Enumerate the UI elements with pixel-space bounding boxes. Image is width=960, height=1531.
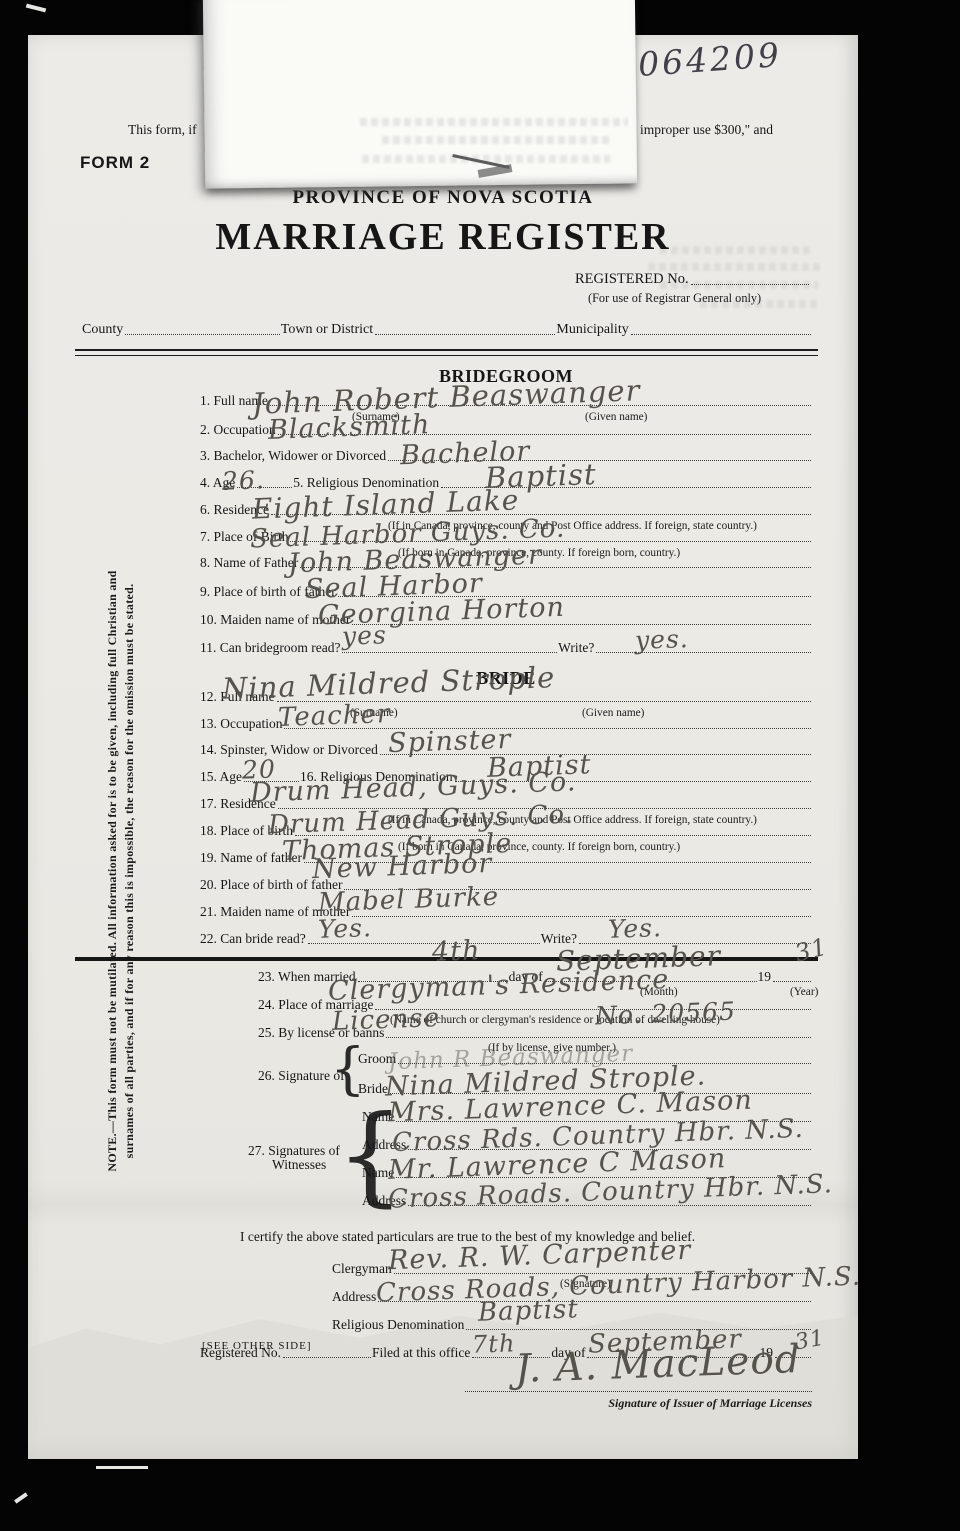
clergyman-label: Clergyman — [332, 1261, 392, 1277]
ghost-print-on-slip — [360, 118, 628, 126]
form-clause-right: improper use $300," and — [640, 122, 810, 138]
scan-speck — [96, 1466, 148, 1469]
dotted-line — [596, 651, 811, 653]
dotted-line — [631, 333, 811, 335]
hw-bride-read: Yes. — [318, 913, 373, 944]
field-bride-mother: 21. Maiden name of mother — [200, 904, 812, 920]
dotted-line — [375, 1008, 811, 1010]
hw-groom-read: yes — [342, 620, 388, 651]
hw-groom-write: yes. — [635, 624, 690, 655]
field-label: Witnesses — [272, 1157, 326, 1173]
write-label: Write? — [558, 640, 594, 656]
hw-bride-occupation: Teacher — [278, 699, 391, 733]
hw-marriage-day: 4th — [431, 935, 480, 968]
county-row: County Town or District Municipality — [82, 322, 812, 338]
see-other-side: [SEE OTHER SIDE] — [202, 1340, 312, 1352]
hw-groom-age: 26. — [222, 465, 266, 495]
dotted-line — [691, 283, 809, 285]
form-clause-left: This form, if — [128, 122, 208, 138]
margin-note-line1: NOTE.—This form must not be mutilated. A… — [104, 531, 121, 1211]
hw-bride-write: Yes. — [608, 913, 663, 944]
scan-speck — [14, 1492, 28, 1503]
hw-bride-father-birthplace: New Harbor — [312, 848, 493, 885]
double-rule — [75, 349, 818, 356]
issuer-caption: Signature of Issuer of Marriage Licenses — [560, 1396, 812, 1411]
field-label: 22. Can bride read? — [200, 931, 306, 947]
clause-left-text: This form, if — [128, 122, 197, 138]
hw-bride-mother: Mabel Burke — [318, 882, 500, 918]
register-title: MARRIAGE REGISTER — [28, 215, 858, 259]
dotted-line — [386, 1036, 811, 1038]
field-label: 13. Occupation — [200, 716, 282, 732]
dotted-line — [283, 1356, 371, 1358]
field-bride-father-birthplace: 20. Place of birth of father — [200, 877, 812, 893]
registered-no-row: REGISTERED No. — [575, 271, 810, 288]
form-number: FORM 2 — [80, 153, 170, 173]
municipality-label: Municipality — [556, 322, 628, 338]
clause-right-text: improper use $300," and — [640, 122, 773, 138]
registrar-only-note: (For use of Registrar General only) — [588, 291, 761, 306]
filed-label: Filed at this office — [372, 1345, 470, 1361]
year-prefix: 19 — [758, 969, 772, 985]
field-groom-literacy: 11. Can bridegroom read? Write? — [200, 640, 812, 656]
hw-license: License — [332, 1003, 441, 1037]
dotted-line — [125, 333, 280, 335]
scanned-marriage-register: This form, if improper use $300," and FO… — [0, 0, 960, 1531]
hw-denomination: Baptist — [478, 1294, 580, 1328]
dotted-line — [352, 915, 811, 917]
town-district-label: Town or District — [281, 322, 373, 338]
hw-license-number: No. 20565 — [595, 997, 737, 1031]
hw-filed-day: 7th — [472, 1329, 516, 1358]
scan-speck — [26, 4, 46, 13]
margin-note: NOTE.—This form must not be mutilated. A… — [104, 531, 140, 1211]
margin-note-line2: surnames of all parties, and if for any … — [121, 531, 138, 1211]
field-label: 14. Spinster, Widow or Divorced — [200, 742, 378, 758]
field-label: 11. Can bridegroom read? — [200, 640, 340, 656]
field-label: 2. Occupation — [200, 422, 276, 438]
county-label: County — [82, 322, 123, 338]
address-label: Address — [332, 1289, 376, 1305]
field-label: 3. Bachelor, Widower or Divorced — [200, 448, 386, 464]
field-label: 15. Age — [200, 769, 242, 785]
dotted-line — [375, 333, 555, 335]
ghost-print-on-slip — [382, 136, 610, 144]
ghost-print — [648, 263, 820, 271]
dotted-line — [773, 980, 811, 982]
registered-no-label: REGISTERED No. — [575, 271, 689, 288]
dotted-line — [342, 651, 557, 653]
denomination-label: Religious Denomination — [332, 1317, 464, 1333]
field-label: 8. Name of Father — [200, 555, 298, 571]
province-heading: PROVINCE OF NOVA SCOTIA — [28, 187, 858, 209]
